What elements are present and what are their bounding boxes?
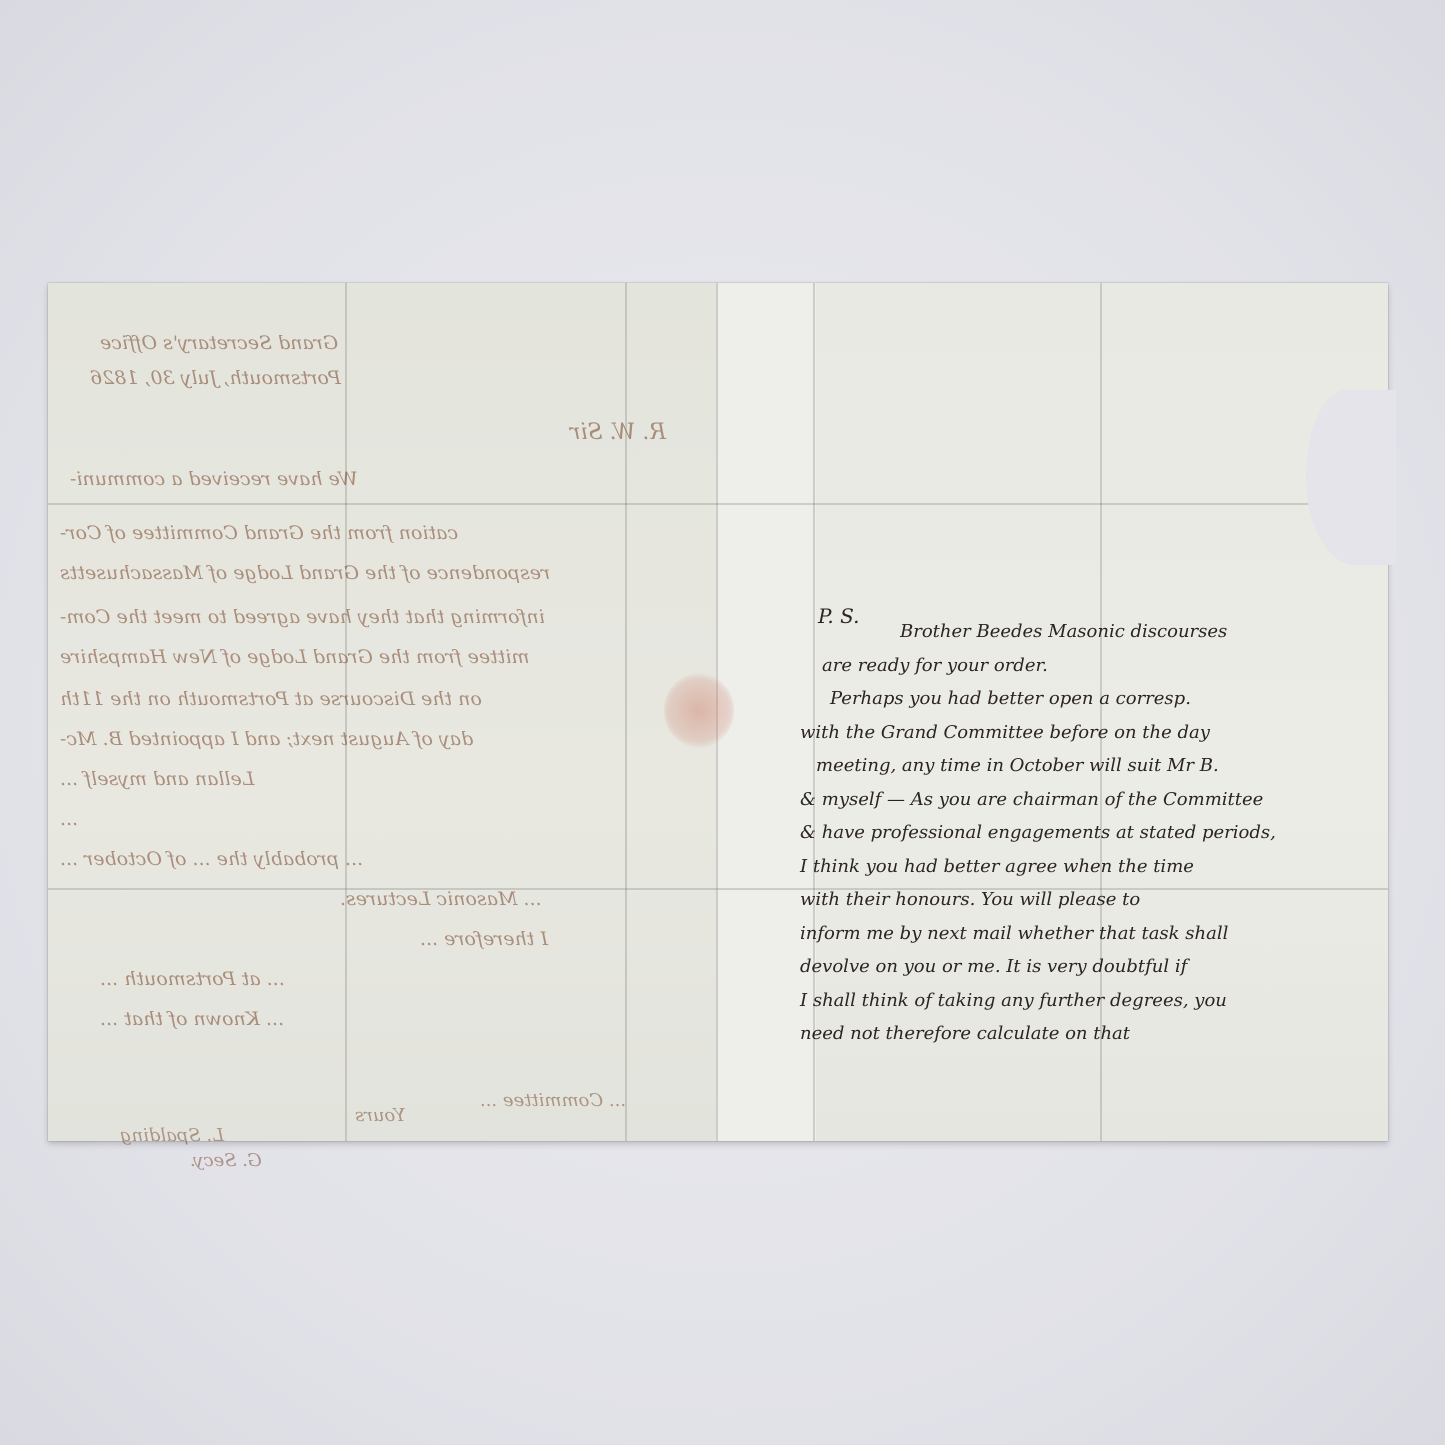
bleed-line: Grand Secretary's Office — [100, 332, 338, 354]
bleed-signature: L. Spalding — [120, 1125, 224, 1146]
postscript-line: meeting, any time in October will suit M… — [800, 749, 1300, 783]
bleed-line: Lellan and myself ... — [60, 768, 254, 790]
fold-line — [345, 283, 347, 1141]
bleed-line: I therefore ... — [420, 928, 548, 950]
bleed-line: Portsmouth, July 30, 1826 — [90, 367, 341, 389]
bleed-line: ... probably the ... of October ... — [60, 848, 363, 870]
bleed-line: ... — [60, 808, 78, 830]
bleed-line: informing that they have agreed to meet … — [60, 606, 545, 628]
bleed-line: cation from the Grand Committee of Cor- — [60, 522, 458, 544]
postscript-line: Perhaps you had better open a corresp. — [800, 682, 1300, 716]
torn-notch — [1306, 390, 1396, 565]
bleed-signature: ... Committee ... — [480, 1090, 626, 1111]
postscript-text: Brother Beedes Masonic discourses are re… — [800, 615, 1300, 1051]
postscript-line: need not therefore calculate on that — [800, 1017, 1300, 1051]
postscript-line: I think you had better agree when the ti… — [800, 850, 1300, 884]
bleed-signature: G. Secy. — [190, 1150, 262, 1171]
bleed-line: We have received a communi- — [70, 468, 358, 490]
bleed-line: ... at Portsmouth ... — [100, 968, 285, 990]
fold-line — [48, 503, 1388, 505]
postscript-line: I shall think of taking any further degr… — [800, 984, 1300, 1018]
postscript-line: & have professional engagements at state… — [800, 816, 1300, 850]
bleed-line: R. W. Sir — [570, 420, 666, 445]
postscript-line: inform me by next mail whether that task… — [800, 917, 1300, 951]
fold-line — [625, 283, 627, 1141]
postscript-line: & myself — As you are chairman of the Co… — [800, 783, 1300, 817]
bleed-line: mittee from the Grand Lodge of New Hamps… — [60, 646, 530, 668]
wax-seal-stain — [664, 673, 734, 748]
postscript-line: with their honours. You will please to — [800, 883, 1300, 917]
bleed-line: ... Known of that ... — [100, 1008, 284, 1030]
bleed-signature: Yours — [355, 1105, 406, 1126]
postscript-line: with the Grand Committee before on the d… — [800, 716, 1300, 750]
bleed-line: on the Discourse at Portsmouth on the 11… — [60, 688, 482, 710]
postscript-line: Brother Beedes Masonic discourses — [800, 615, 1300, 649]
bleed-line: respondence of the Grand Lodge of Massac… — [60, 562, 550, 584]
postscript-line: are ready for your order. — [800, 649, 1300, 683]
bleed-line: ... Masonic Lectures. — [340, 888, 542, 910]
postscript-line: devolve on you or me. It is very doubtfu… — [800, 950, 1300, 984]
bleed-line: day of August next; and I appointed B. M… — [60, 728, 473, 750]
